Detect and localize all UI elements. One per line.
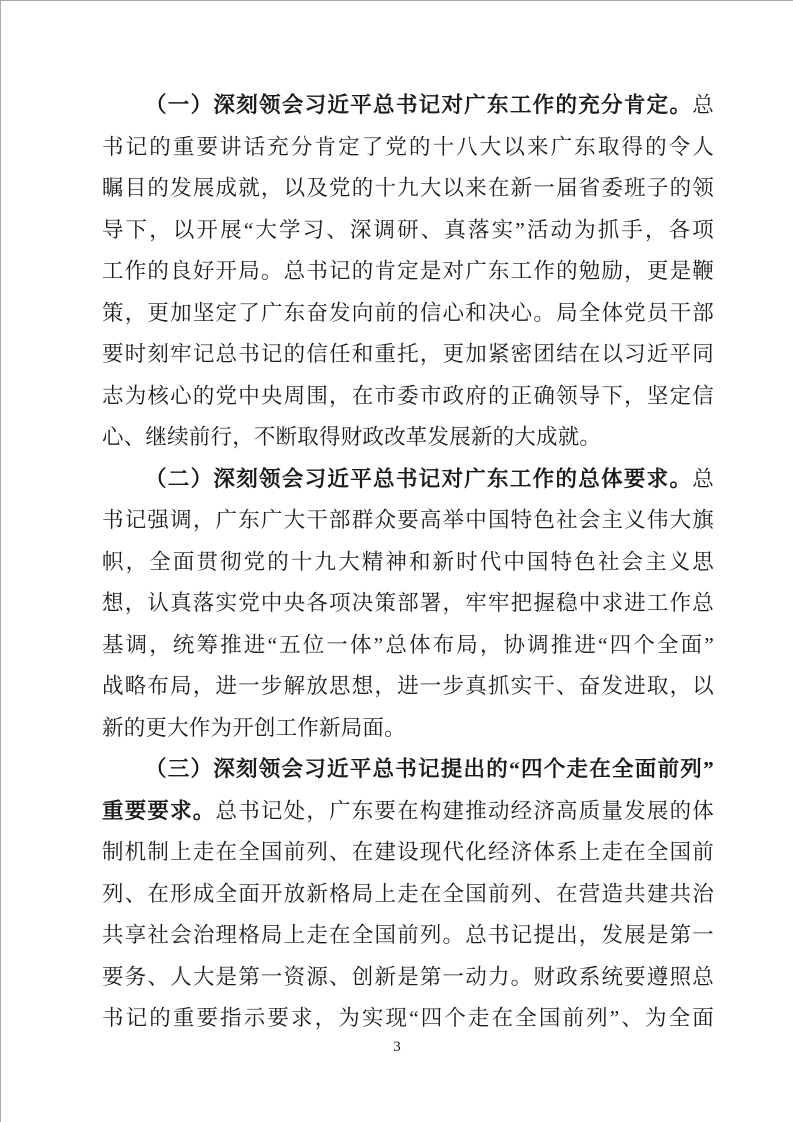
text-line: 志为核心的党中央周围，在市委市政府的正确领导下，坚定信 — [102, 376, 714, 418]
text-line: 共享社会治理格局上走在全国前列。总书记提出，发展是第一 — [102, 915, 714, 957]
text-line: 书记强调，广东广大干部群众要高举中国特色社会主义伟大旗 — [102, 500, 714, 542]
page-number: 3 — [1, 1036, 793, 1058]
body-text: 总 — [692, 93, 714, 117]
body-text: 新的更大作为开创工作新局面。 — [102, 716, 406, 740]
text-line: （二）深刻领会习近平总书记对广东工作的总体要求。总 — [102, 459, 714, 501]
text-line: 帜，全面贯彻党的十九大精神和新时代中国特色社会主义思 — [102, 542, 714, 584]
body-text: 导下，以开展“大学习、深调研、真落实”活动为抓手，各项 — [102, 218, 714, 242]
text-line: 战略布局，进一步解放思想，进一步真抓实干、奋发进取，以 — [102, 666, 714, 708]
body-text: 心、继续前行，不断取得财政改革发展新的大成就。 — [102, 425, 601, 449]
body-text: 共享社会治理格局上走在全国前列。总书记提出，发展是第一 — [102, 923, 714, 947]
text-line: 列、在形成全面开放新格局上走在全国前列、在营造共建共治 — [102, 874, 714, 916]
text-line: 制机制上走在全国前列、在建设现代化经济体系上走在全国前 — [102, 832, 714, 874]
text-line: 基调，统筹推进“五位一体”总体布局，协调推进“四个全面” — [102, 625, 714, 667]
text-line: 心、继续前行，不断取得财政改革发展新的大成就。 — [102, 417, 714, 459]
body-text: 列、在形成全面开放新格局上走在全国前列、在营造共建共治 — [102, 882, 714, 906]
text-line: 策，更加坚定了广东奋发向前的信心和决心。局全体党员干部 — [102, 293, 714, 335]
body-text: 瞩目的发展成就，以及党的十九大以来在新一届省委班子的领 — [102, 176, 714, 200]
text-line: 工作的良好开局。总书记的肯定是对广东工作的勉励，更是鞭 — [102, 251, 714, 293]
text-line: 新的更大作为开创工作新局面。 — [102, 708, 714, 750]
body-text: 书记的重要指示要求，为实现“四个走在全国前列”、为全面 — [102, 1006, 714, 1030]
text-line: 书记的重要指示要求，为实现“四个走在全国前列”、为全面 — [102, 998, 714, 1040]
body-text: 策，更加坚定了广东奋发向前的信心和决心。局全体党员干部 — [102, 301, 714, 325]
body-text: 志为核心的党中央周围，在市委市政府的正确领导下，坚定信 — [102, 384, 714, 408]
text-line: 导下，以开展“大学习、深调研、真落实”活动为抓手，各项 — [102, 210, 714, 252]
body-text: 要时刻牢记总书记的信任和重托，更加紧密团结在以习近平同 — [102, 342, 714, 366]
body-text: 总书记处，广东要在构建推动经济高质量发展的体 — [216, 799, 714, 823]
body-text: 要务、人大是第一资源、创新是第一动力。财政系统要遵照总 — [102, 965, 714, 989]
text-line: 要务、人大是第一资源、创新是第一动力。财政系统要遵照总 — [102, 957, 714, 999]
body-text: 帜，全面贯彻党的十九大精神和新时代中国特色社会主义思 — [102, 550, 714, 574]
text-line: （三）深刻领会习近平总书记提出的“四个走在全面前列” — [102, 749, 714, 791]
section-heading-2: （二）深刻领会习近平总书记对广东工作的总体要求。 — [145, 467, 692, 491]
text-line: 想，认真落实党中央各项决策部署，牢牢把握稳中求进工作总 — [102, 583, 714, 625]
document-text-block: （一）深刻领会习近平总书记对广东工作的充分肯定。总 书记的重要讲话充分肯定了党的… — [102, 85, 714, 1040]
body-text: 想，认真落实党中央各项决策部署，牢牢把握稳中求进工作总 — [102, 591, 714, 615]
body-text: 战略布局，进一步解放思想，进一步真抓实干、奋发进取，以 — [102, 674, 714, 698]
section-heading-1: （一）深刻领会习近平总书记对广东工作的充分肯定。 — [145, 93, 692, 117]
body-text: 制机制上走在全国前列、在建设现代化经济体系上走在全国前 — [102, 840, 714, 864]
text-line: 重要要求。总书记处，广东要在构建推动经济高质量发展的体 — [102, 791, 714, 833]
text-line: 书记的重要讲话充分肯定了党的十八大以来广东取得的令人 — [102, 127, 714, 169]
section-heading-3-continued: 重要要求。 — [102, 799, 216, 823]
text-line: （一）深刻领会习近平总书记对广东工作的充分肯定。总 — [102, 85, 714, 127]
section-heading-3: （三）深刻领会习近平总书记提出的“四个走在全面前列” — [145, 757, 714, 781]
body-text: 工作的良好开局。总书记的肯定是对广东工作的勉励，更是鞭 — [102, 259, 714, 283]
body-text: 书记的重要讲话充分肯定了党的十八大以来广东取得的令人 — [102, 135, 714, 159]
text-line: 要时刻牢记总书记的信任和重托，更加紧密团结在以习近平同 — [102, 334, 714, 376]
text-line: 瞩目的发展成就，以及党的十九大以来在新一届省委班子的领 — [102, 168, 714, 210]
body-text: 书记强调，广东广大干部群众要高举中国特色社会主义伟大旗 — [102, 508, 714, 532]
body-text: 总 — [692, 467, 714, 491]
body-text: 基调，统筹推进“五位一体”总体布局，协调推进“四个全面” — [102, 633, 714, 657]
